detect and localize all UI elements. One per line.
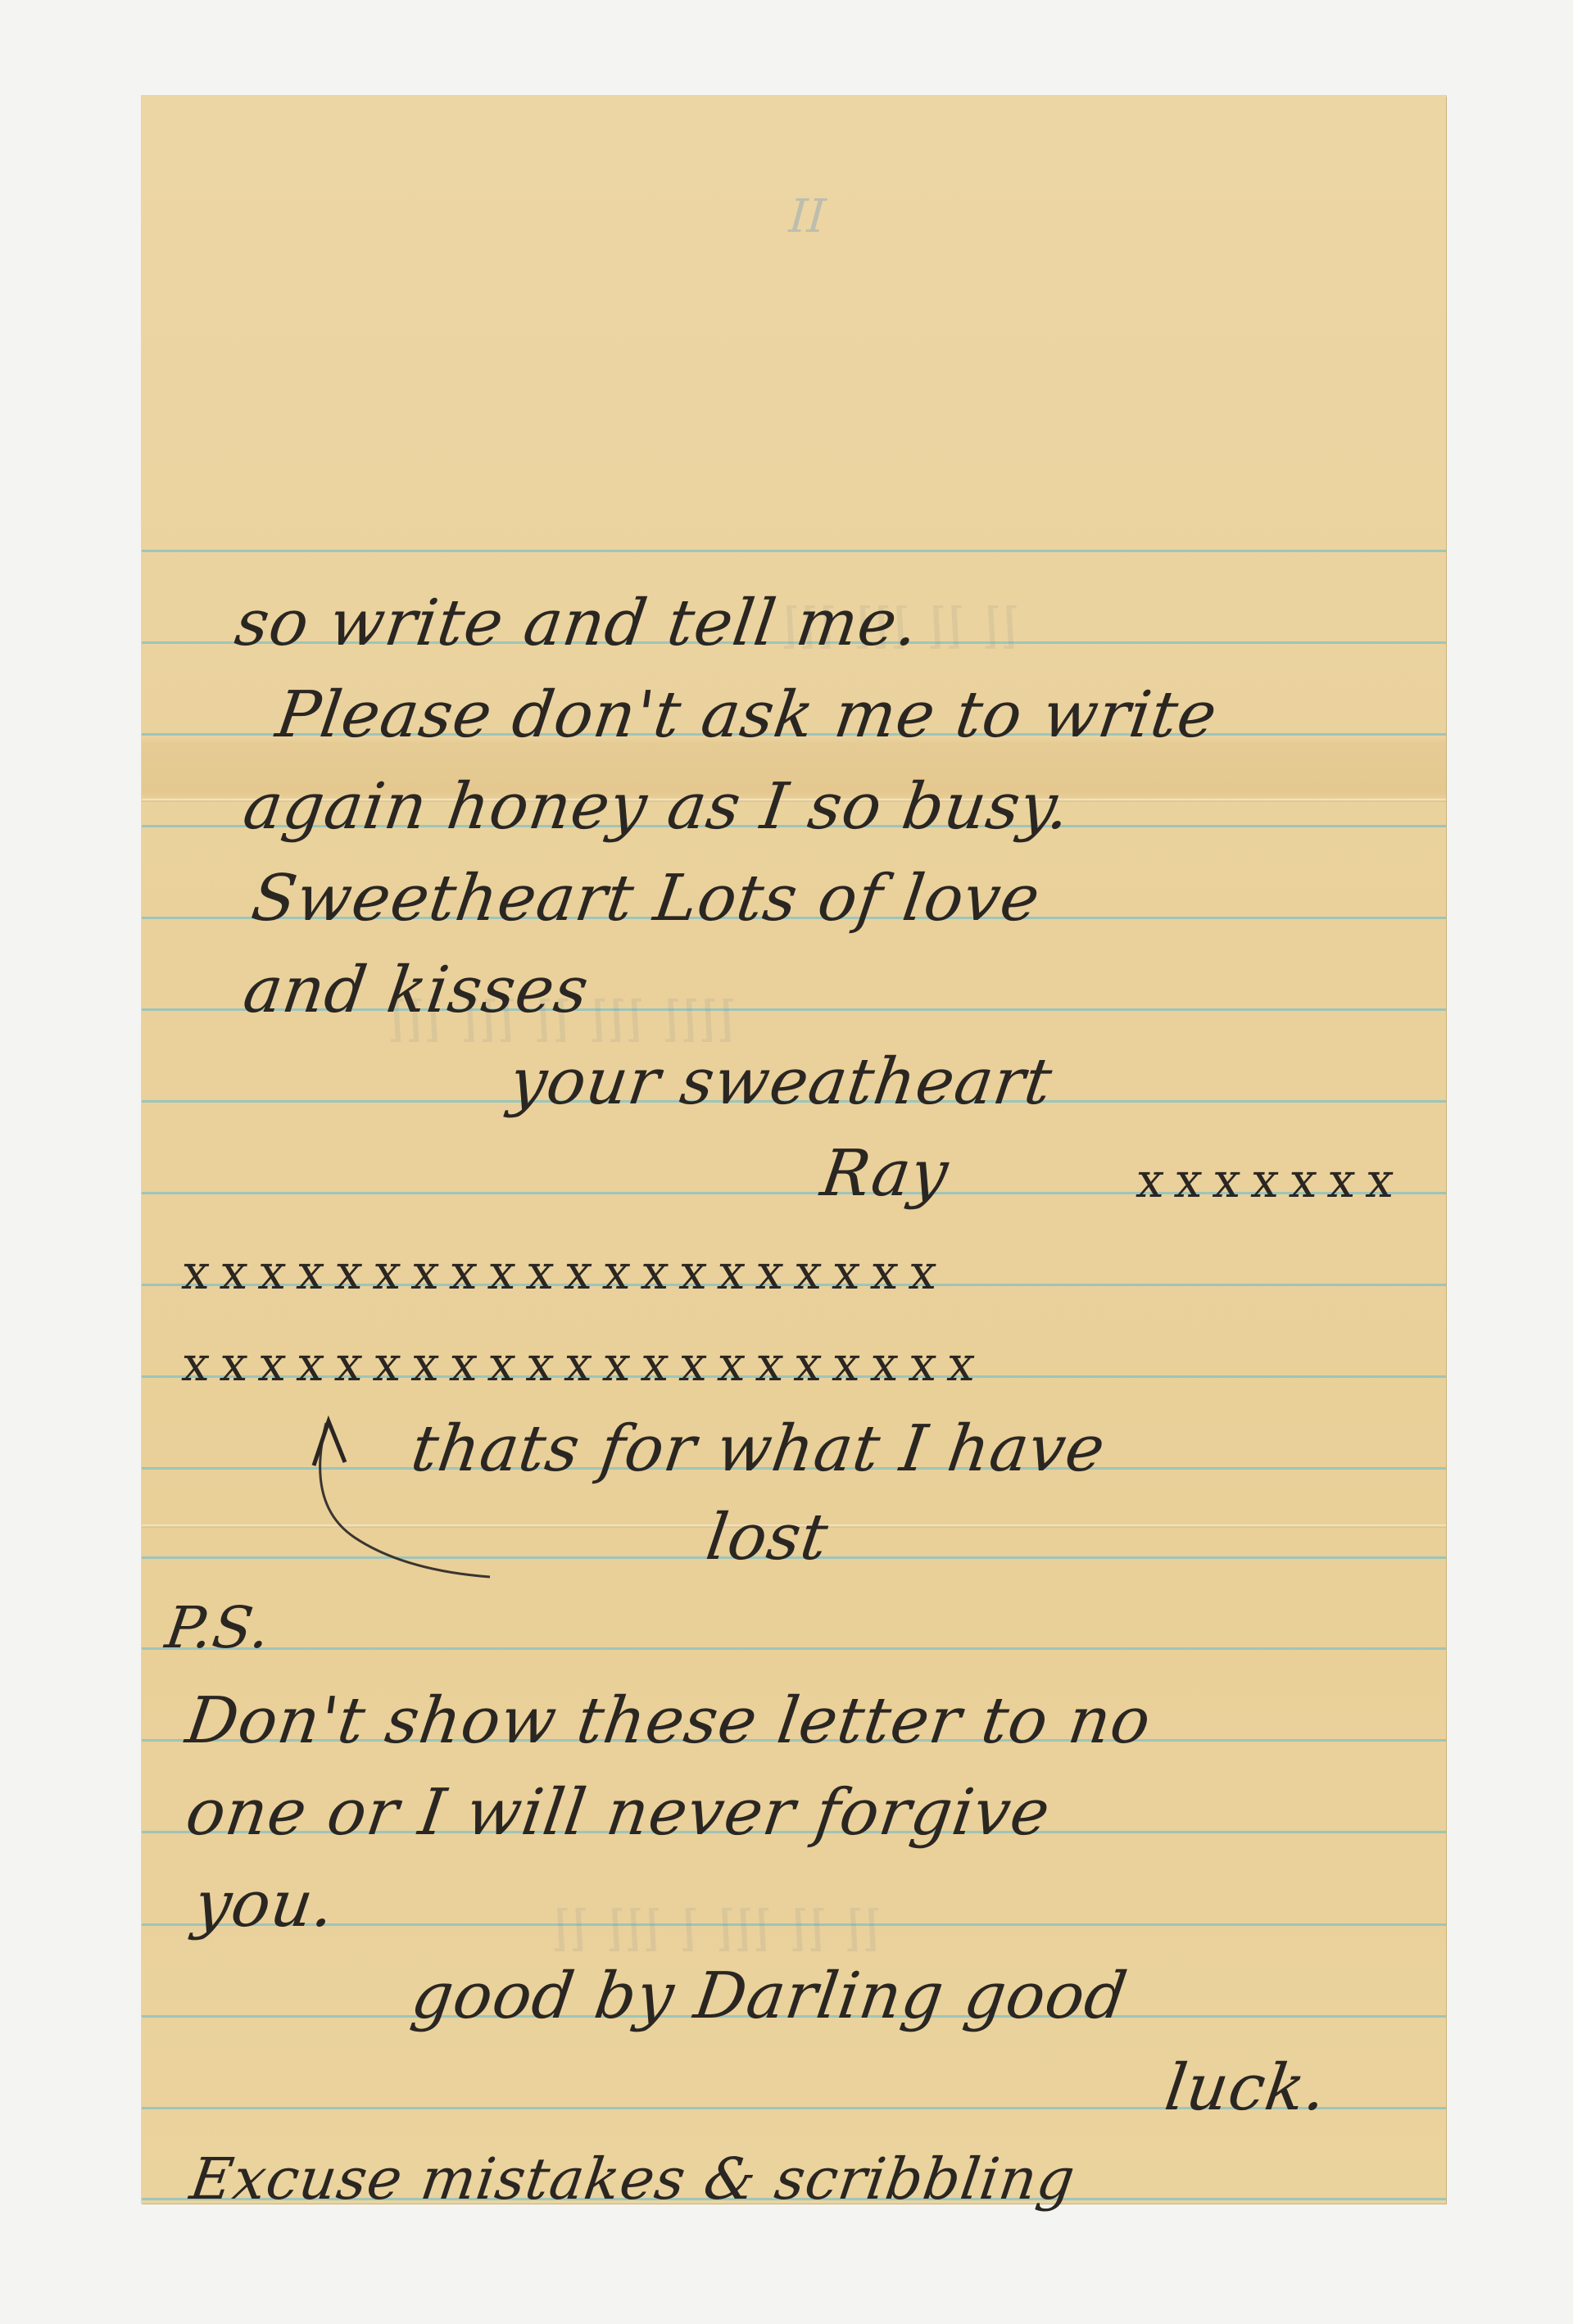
letter-paper: ll ll lll lll llll lll ll lll lll ll ll … [142,96,1446,2204]
apology-note: Excuse mistakes & scribbling [187,2150,1079,2208]
closing-line: your sweatheart [506,1050,1057,1114]
letter-line: again honey as I so busy. [240,775,1075,839]
letter-line: and kisses [240,958,593,1022]
farewell-line: good by Darling good [408,1964,1131,2028]
postscript-line: you. [191,1873,339,1937]
rule-line [142,550,1446,552]
letter-line: Sweetheart Lots of love [248,867,1045,931]
kisses-row: xxxxxxxxxxxxxxxxxxxxx [179,1340,990,1388]
kisses-row: xxxxxxxxxxxxxxxxxxxx [179,1248,951,1296]
annotation-line: thats for what I have [408,1417,1109,1481]
arrow-icon [142,96,1446,2204]
signature-name: Ray [818,1142,953,1206]
rule-line [142,1647,1446,1650]
postscript-line: Don't show these letter to no [183,1689,1155,1753]
farewell-line: luck. [1162,2056,1331,2120]
page-number-marker: II [782,190,832,243]
letter-line: Please don't ask me to write [273,683,1222,747]
letter-line: so write and tell me. [232,591,923,655]
postscript-label: P.S. [162,1599,274,1656]
postscript-line: one or I will never forgive [183,1781,1054,1845]
bleed-through: ll ll lll l lll ll [546,1898,886,1965]
annotation-line: lost [703,1506,832,1570]
kisses-row: xxxxxxx [1134,1157,1408,1204]
